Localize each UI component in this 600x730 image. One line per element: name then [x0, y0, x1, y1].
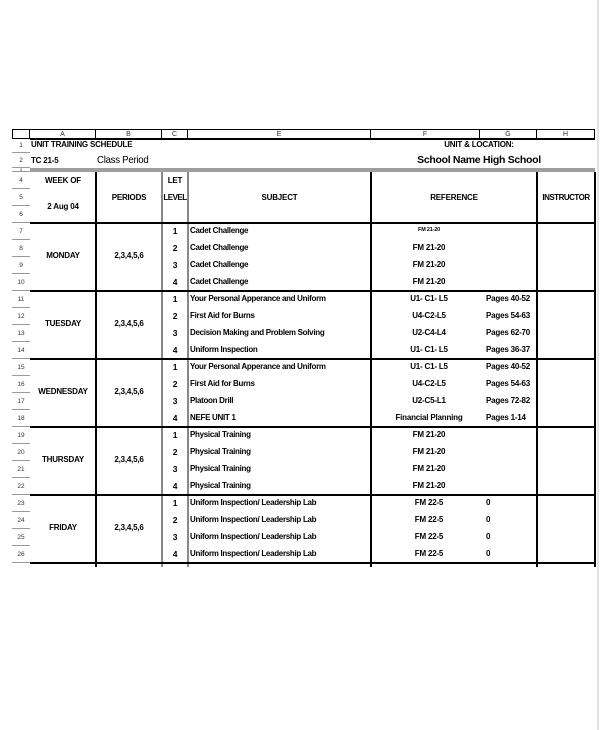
let-level-value[interactable]: 3: [162, 464, 188, 474]
subject-cell[interactable]: Cadet Challenge: [190, 260, 248, 269]
reference-cell[interactable]: FM 21-20: [371, 481, 487, 490]
periods-value[interactable]: 2,3,4,5,6: [96, 251, 162, 260]
day-label[interactable]: WEDNESDAY: [30, 387, 96, 396]
column-divider: [594, 172, 596, 567]
day-label[interactable]: FRIDAY: [30, 523, 96, 532]
reference-cell[interactable]: FM 21-20: [371, 227, 487, 233]
let-level-value[interactable]: 3: [162, 328, 188, 338]
let-level-value[interactable]: 4: [162, 345, 188, 355]
pages-cell[interactable]: Pages 40-52: [486, 362, 530, 371]
let-level-value[interactable]: 3: [162, 260, 188, 270]
reference-cell[interactable]: U2-C4-L4: [371, 328, 487, 337]
row-number-25[interactable]: 25: [12, 529, 30, 546]
reference-header: REFERENCE: [371, 193, 537, 202]
subject-cell[interactable]: Your Personal Apperance and Uniform: [190, 362, 326, 371]
periods-value[interactable]: 2,3,4,5,6: [96, 523, 162, 532]
let-level-value[interactable]: 4: [162, 277, 188, 287]
row-number-17[interactable]: 17: [12, 393, 30, 410]
subject-header: SUBJECT: [188, 193, 371, 202]
column-divider: [95, 172, 97, 567]
subject-cell[interactable]: Uniform Inspection/ Leadership Lab: [190, 549, 316, 558]
week-of-header: WEEK OF: [30, 176, 96, 185]
class-period-label: Class Period: [97, 154, 148, 166]
subject-cell[interactable]: First Aid for Burns: [190, 379, 255, 388]
subject-cell[interactable]: First Aid for Burns: [190, 311, 255, 320]
subject-cell[interactable]: Uniform Inspection: [190, 345, 258, 354]
reference-cell[interactable]: U1- C1- L5: [371, 362, 487, 371]
subject-cell[interactable]: Cadet Challenge: [190, 226, 248, 235]
subject-cell[interactable]: Uniform Inspection/ Leadership Lab: [190, 532, 316, 541]
subject-cell[interactable]: Uniform Inspection/ Leadership Lab: [190, 498, 316, 507]
subject-cell[interactable]: NEFE UNIT 1: [190, 413, 236, 422]
reference-cell[interactable]: FM 21-20: [371, 277, 487, 286]
section-divider: [30, 168, 595, 172]
periods-header: PERIODS: [96, 193, 162, 202]
periods-value[interactable]: 2,3,4,5,6: [96, 455, 162, 464]
row-number-9[interactable]: 9: [12, 257, 30, 274]
school-name: School Name High School: [371, 154, 587, 166]
subject-cell[interactable]: Physical Training: [190, 464, 251, 473]
pages-cell[interactable]: 0: [486, 532, 490, 541]
row-number-20[interactable]: 20: [12, 444, 30, 461]
reference-cell[interactable]: FM 21-20: [371, 464, 487, 473]
row-number-13[interactable]: 13: [12, 325, 30, 342]
row-number-1[interactable]: 1: [12, 139, 30, 153]
reference-cell[interactable]: U4-C2-L5: [371, 379, 487, 388]
reference-cell[interactable]: Financial Planning: [371, 413, 487, 422]
subject-cell[interactable]: Physical Training: [190, 430, 251, 439]
reference-cell[interactable]: U1- C1- L5: [371, 294, 487, 303]
pages-cell[interactable]: Pages 62-70: [486, 328, 530, 337]
pages-cell[interactable]: 0: [486, 549, 490, 558]
row-number-2[interactable]: 2: [12, 153, 30, 168]
row-number-26[interactable]: 26: [12, 546, 30, 563]
let-level-value[interactable]: 1: [162, 362, 188, 372]
row-number-21[interactable]: 21: [12, 461, 30, 478]
let-level-value[interactable]: 4: [162, 549, 188, 559]
let-level-value[interactable]: 1: [162, 430, 188, 440]
let-header: LET: [162, 176, 188, 185]
level-header: LEVEL: [162, 193, 188, 202]
reference-cell[interactable]: FM 22-5: [371, 515, 487, 524]
day-label[interactable]: MONDAY: [30, 251, 96, 260]
subject-cell[interactable]: Decision Making and Problem Solving: [190, 328, 324, 337]
let-level-value[interactable]: 2: [162, 447, 188, 457]
day-label[interactable]: TUESDAY: [30, 319, 96, 328]
subject-cell[interactable]: Platoon Drill: [190, 396, 233, 405]
tc-label: TC 21-5: [31, 156, 59, 165]
reference-cell[interactable]: U4-C2-L5: [371, 311, 487, 320]
let-level-value[interactable]: 1: [162, 294, 188, 304]
let-level-value[interactable]: 1: [162, 498, 188, 508]
select-all-corner[interactable]: [12, 129, 30, 139]
day-label[interactable]: THURSDAY: [30, 455, 96, 464]
day-separator: [30, 494, 595, 496]
reference-cell[interactable]: FM 21-20: [371, 430, 487, 439]
day-separator: [30, 562, 595, 564]
pages-cell[interactable]: Pages 72-82: [486, 396, 530, 405]
subject-cell[interactable]: Cadet Challenge: [190, 277, 248, 286]
row-number-19[interactable]: 19: [12, 427, 30, 444]
subject-cell[interactable]: Uniform Inspection/ Leadership Lab: [190, 515, 316, 524]
pages-cell[interactable]: 0: [486, 498, 490, 507]
reference-cell[interactable]: U1- C1- L5: [371, 345, 487, 354]
pages-cell[interactable]: Pages 1-14: [486, 413, 526, 422]
let-level-value[interactable]: 3: [162, 532, 188, 542]
row-number-15[interactable]: 15: [12, 359, 30, 376]
reference-cell[interactable]: FM 22-5: [371, 549, 487, 558]
column-divider: [536, 172, 538, 567]
day-separator: [30, 358, 595, 360]
let-level-value[interactable]: 2: [162, 243, 188, 253]
row-number-24[interactable]: 24: [12, 512, 30, 529]
row-number-16[interactable]: 16: [12, 376, 30, 393]
subject-cell[interactable]: Cadet Challenge: [190, 243, 248, 252]
periods-value[interactable]: 2,3,4,5,6: [96, 319, 162, 328]
header-bottom-border: [30, 222, 595, 224]
let-level-value[interactable]: 2: [162, 379, 188, 389]
let-level-value[interactable]: 4: [162, 413, 188, 423]
let-level-value[interactable]: 3: [162, 396, 188, 406]
instructor-header: INSTRUCTOR: [537, 193, 595, 202]
reference-cell[interactable]: FM 21-20: [371, 260, 487, 269]
pages-cell[interactable]: Pages 54-63: [486, 379, 530, 388]
let-level-value[interactable]: 2: [162, 515, 188, 525]
periods-value[interactable]: 2,3,4,5,6: [96, 387, 162, 396]
pages-cell[interactable]: Pages 40-52: [486, 294, 530, 303]
row-number-6[interactable]: 6: [12, 206, 30, 223]
schedule-title: UNIT TRAINING SCHEDULE: [31, 140, 132, 149]
page-edge: [597, 0, 599, 730]
week-date[interactable]: 2 Aug 04: [30, 202, 96, 211]
pages-cell[interactable]: Pages 54-63: [486, 311, 530, 320]
reference-cell[interactable]: FM 22-5: [371, 532, 487, 541]
subject-cell[interactable]: Physical Training: [190, 481, 251, 490]
row-number-18[interactable]: 18: [12, 410, 30, 427]
header-border: [30, 138, 595, 140]
reference-cell[interactable]: U2-C5-L1: [371, 396, 487, 405]
reference-cell[interactable]: FM 21-20: [371, 447, 487, 456]
row-number-4[interactable]: 4: [12, 172, 30, 189]
pages-cell[interactable]: 0: [486, 515, 490, 524]
let-level-value[interactable]: 1: [162, 226, 188, 236]
row-number-22[interactable]: 22: [12, 478, 30, 495]
row-number-10[interactable]: 10: [12, 274, 30, 291]
day-separator: [30, 426, 595, 428]
pages-cell[interactable]: Pages 36-37: [486, 345, 530, 354]
row-number-12[interactable]: 12: [12, 308, 30, 325]
reference-cell[interactable]: FM 21-20: [371, 243, 487, 252]
reference-cell[interactable]: FM 22-5: [371, 498, 487, 507]
row-number-11[interactable]: 11: [12, 291, 30, 308]
row-number-5[interactable]: 5: [12, 189, 30, 206]
row-number-23[interactable]: 23: [12, 495, 30, 512]
row-number-7[interactable]: 7: [12, 223, 30, 240]
let-level-value[interactable]: 2: [162, 311, 188, 321]
subject-cell[interactable]: Physical Training: [190, 447, 251, 456]
row-number-14[interactable]: 14: [12, 342, 30, 359]
subject-cell[interactable]: Your Personal Apperance and Uniform: [190, 294, 326, 303]
let-level-value[interactable]: 4: [162, 481, 188, 491]
day-separator: [30, 290, 595, 292]
unit-location-label: UNIT & LOCATION:: [371, 140, 587, 149]
row-number-8[interactable]: 8: [12, 240, 30, 257]
